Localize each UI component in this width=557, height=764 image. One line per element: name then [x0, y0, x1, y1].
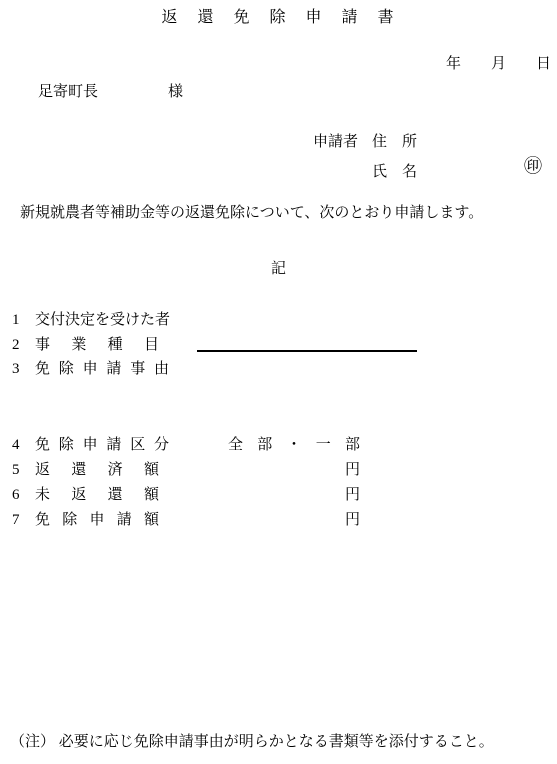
section-marker: 記 [0, 261, 557, 277]
currency-unit: 円 [345, 512, 360, 528]
item-number: 6 [12, 487, 20, 503]
item-label: 免除申請事由 [35, 361, 169, 377]
item-label: 未返還額 [35, 487, 159, 503]
item-label: 事業種目 [35, 337, 159, 353]
form-item-repaid-amount: 5 返還済額 円 [0, 462, 557, 478]
item-choice-full-or-partial: 全部・一部 [228, 437, 360, 453]
item-number: 1 [12, 312, 20, 328]
footnote: （注） 必要に応じ免除申請事由が明らかとなる書類等を添付すること。 [10, 734, 494, 750]
form-item-exemption-category: 4 免除申請区分 全部・一部 [0, 437, 557, 453]
applicant-label: 申請者 [313, 134, 358, 150]
applicant-address-label: 住 所 [372, 134, 417, 150]
addressee-honorific: 様 [168, 84, 183, 100]
form-item-exemption-amount: 7 免除申請額 円 [0, 512, 557, 528]
item-label: 返還済額 [35, 462, 159, 478]
fill-in-underline [197, 350, 417, 352]
date-line: 年 月 日 [446, 56, 551, 72]
currency-unit: 円 [345, 462, 360, 478]
form-item-unrepaid-amount: 6 未返還額 円 [0, 487, 557, 503]
form-item-grant-recipient: 1 交付決定を受けた者 [0, 312, 557, 328]
form-item-exemption-reason: 3 免除申請事由 [0, 361, 557, 377]
item-number: 5 [12, 462, 20, 478]
seal-icon: ㊞ [524, 157, 542, 176]
body-sentence: 新規就農者等補助金等の返還免除について、次のとおり申請します。 [20, 205, 483, 221]
currency-unit: 円 [345, 487, 360, 503]
item-number: 4 [12, 437, 20, 453]
item-number: 2 [12, 337, 20, 353]
item-label: 免除申請区分 [35, 437, 169, 453]
application-form-page: 返 還 免 除 申 請 書 年 月 日 足寄町長 様 申請者 住 所 氏 名 ㊞… [0, 0, 557, 764]
applicant-name-label: 氏 名 [372, 164, 417, 180]
addressee-name: 足寄町長 [38, 84, 98, 100]
form-title: 返 還 免 除 申 請 書 [0, 9, 557, 26]
item-label: 免除申請額 [35, 512, 159, 528]
item-label: 交付決定を受けた者 [35, 312, 170, 328]
item-number: 3 [12, 361, 20, 377]
item-number: 7 [12, 512, 20, 528]
